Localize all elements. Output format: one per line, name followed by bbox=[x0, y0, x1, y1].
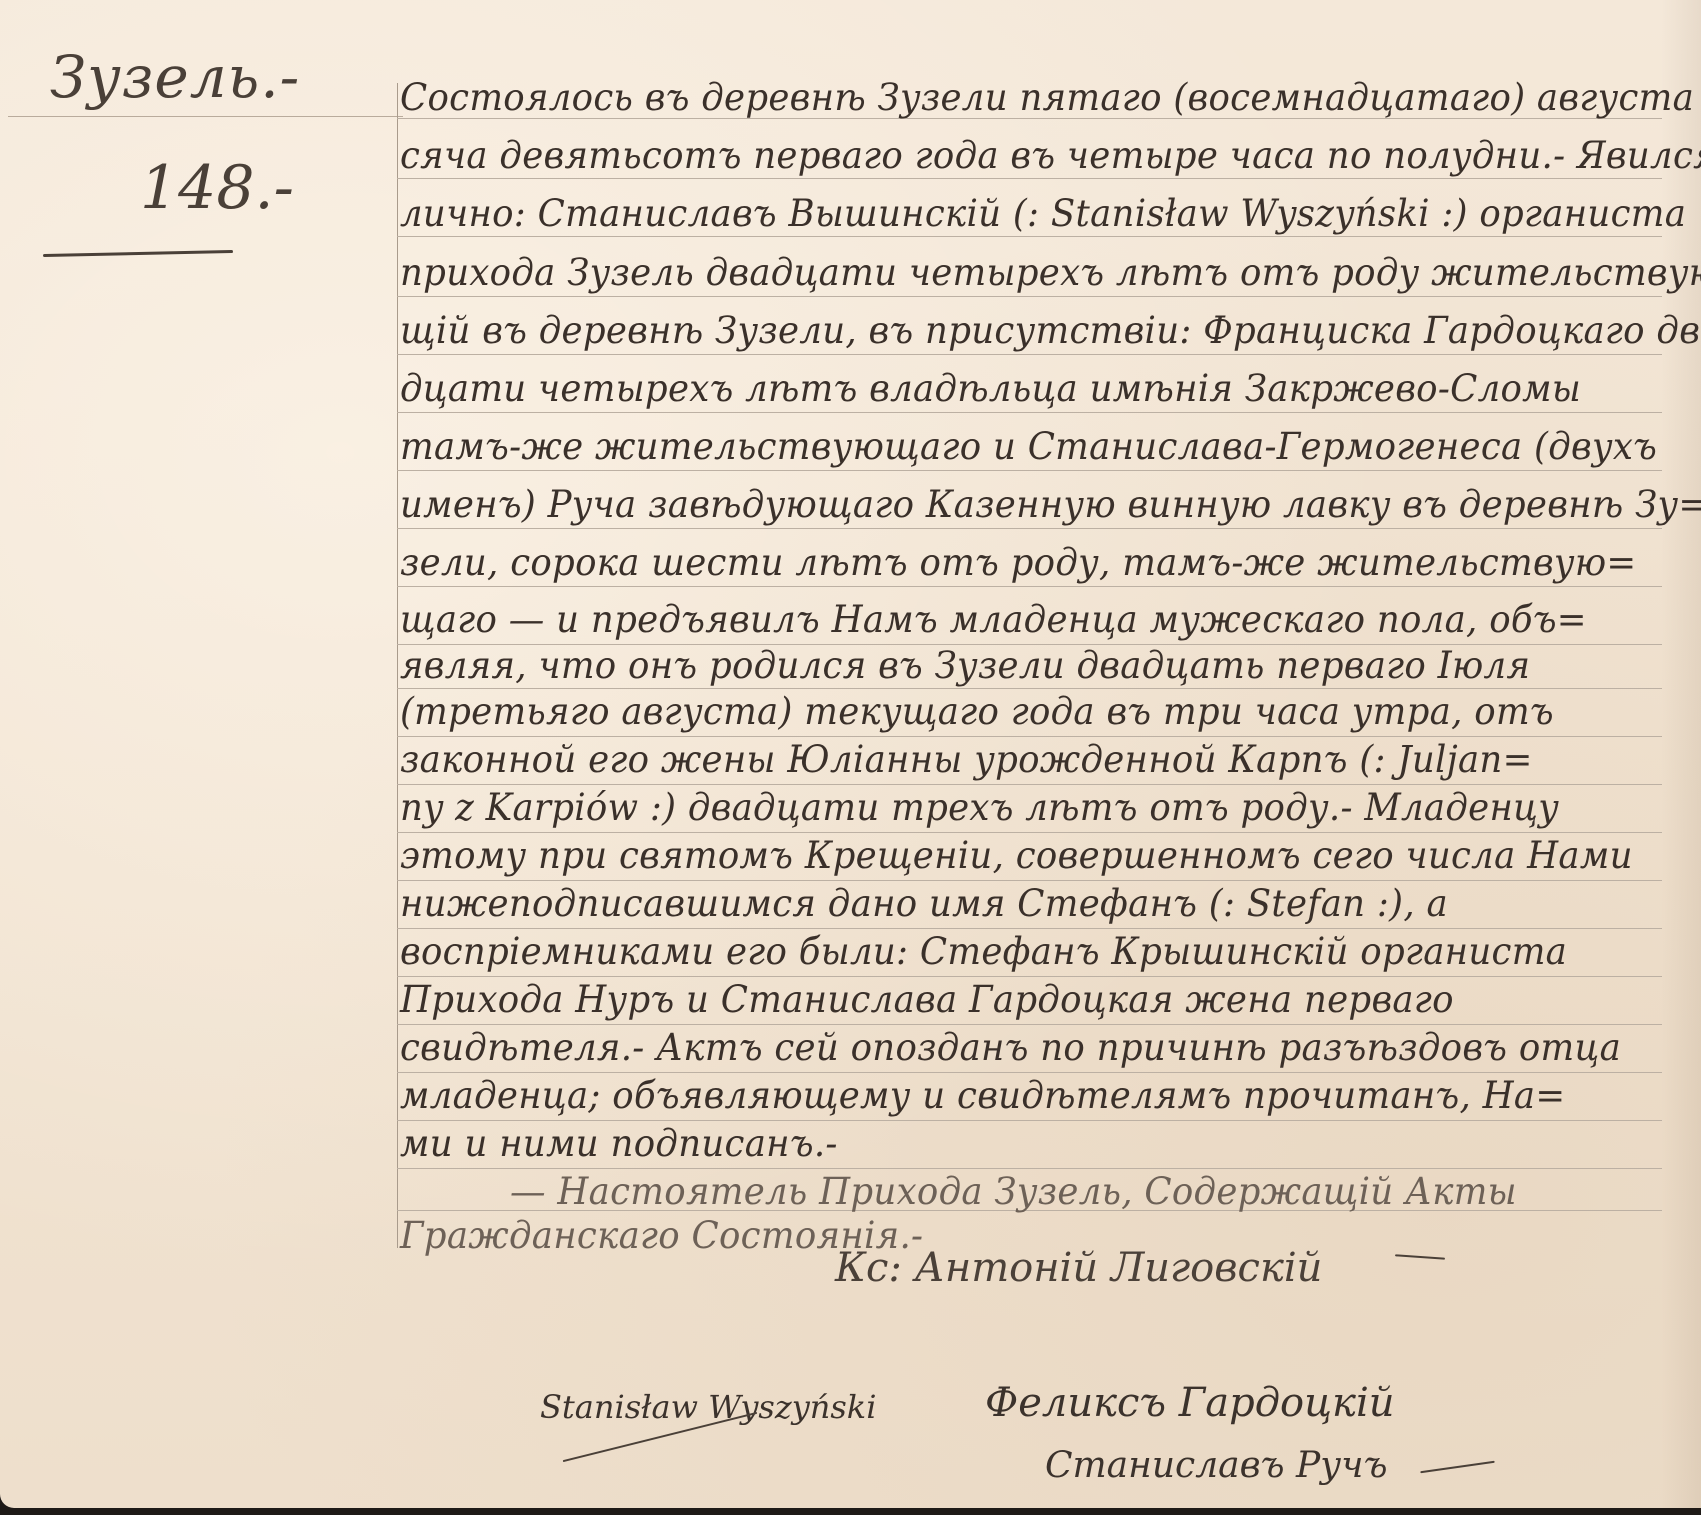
ruled-line bbox=[397, 1168, 1662, 1169]
body-line: Прихода Нуръ и Станислава Гардоцкая жена… bbox=[400, 978, 1454, 1021]
body-line: ми и ними подписанъ.- bbox=[400, 1122, 838, 1165]
margin-place-name: Зузель.- bbox=[50, 43, 300, 111]
act-number: 148.- bbox=[140, 153, 294, 223]
body-line: именъ) Руча завѣдующаго Казенную винную … bbox=[400, 483, 1701, 526]
body-line: зели, сорока шести лѣтъ отъ роду, тамъ-ж… bbox=[400, 541, 1636, 584]
body-line: лично: Станиславъ Вышинскій (: Stanisław… bbox=[400, 192, 1686, 235]
ruled-line bbox=[397, 880, 1662, 881]
ruled-line bbox=[397, 178, 1662, 179]
body-line: (третьяго августа) текущаго года въ три … bbox=[400, 690, 1554, 733]
ruled-line bbox=[397, 688, 1662, 689]
body-line: Состоялось въ деревнѣ Зузели пятаго (вос… bbox=[400, 76, 1701, 119]
body-line: дцати четырехъ лѣтъ владѣльца имѣнія Зак… bbox=[400, 367, 1581, 410]
priest-signature: Кс: Антоній Лиговскій bbox=[835, 1245, 1322, 1291]
witness-2-signature: Станиславъ Ручъ bbox=[1045, 1445, 1387, 1486]
ruled-line bbox=[397, 412, 1662, 413]
margin-vertical-rule bbox=[397, 83, 398, 1248]
ruled-line bbox=[397, 784, 1662, 785]
witness-1-signature: Феликсъ Гардоцкій bbox=[985, 1380, 1395, 1426]
ruled-line bbox=[397, 928, 1662, 929]
ruled-line bbox=[397, 470, 1662, 471]
body-line: сяча девятьсотъ перваго года въ четыре ч… bbox=[400, 134, 1701, 177]
ruled-line bbox=[397, 1072, 1662, 1073]
signature-flourish bbox=[1420, 1461, 1495, 1473]
ruled-line bbox=[397, 296, 1662, 297]
margin-entry: Зузель.- 148.- bbox=[40, 35, 380, 265]
body-line: воспріемниками его были: Стефанъ Крышинс… bbox=[400, 930, 1567, 973]
declarant-signature: Stanisław Wyszyński bbox=[540, 1388, 876, 1426]
closing-line: — Настоятель Прихода Зузель, Содержащій … bbox=[510, 1170, 1517, 1213]
ruled-line bbox=[397, 832, 1662, 833]
ruled-line bbox=[397, 976, 1662, 977]
ruled-line bbox=[397, 1120, 1662, 1121]
ruled-line bbox=[397, 236, 1662, 237]
body-line: этому при святомъ Крещеніи, совершенномъ… bbox=[400, 834, 1633, 877]
body-line: щій въ деревнѣ Зузели, въ присутствіи: Ф… bbox=[400, 309, 1701, 352]
body-line: свидѣтеля.- Актъ сей опозданъ по причинѣ… bbox=[400, 1026, 1621, 1069]
body-line: младенца; объявляющему и свидѣтелямъ про… bbox=[400, 1074, 1565, 1117]
body-line: прихода Зузель двадцати четырехъ лѣтъ от… bbox=[400, 251, 1701, 294]
body-line: щаго — и предъявилъ Намъ младенца мужеск… bbox=[400, 598, 1587, 641]
body-line: нижеподписавшимся дано имя Стефанъ (: St… bbox=[400, 882, 1448, 925]
ruled-line bbox=[397, 528, 1662, 529]
body-line: тамъ-же жительствующаго и Станислава-Гер… bbox=[400, 425, 1657, 468]
body-line: законной его жены Юліанны урожденной Кар… bbox=[400, 738, 1533, 781]
ruled-line bbox=[397, 1024, 1662, 1025]
ruled-line bbox=[397, 736, 1662, 737]
body-line: являя, что онъ родился въ Зузели двадцат… bbox=[400, 644, 1530, 687]
signature-flourish bbox=[1395, 1254, 1445, 1259]
register-page: Зузель.- 148.- Состоялось въ деревнѣ Зуз… bbox=[0, 0, 1701, 1508]
ruled-line bbox=[397, 354, 1662, 355]
body-line: ny z Karpiów :) двадцати трехъ лѣтъ отъ … bbox=[400, 786, 1559, 829]
ruled-line bbox=[397, 586, 1662, 587]
